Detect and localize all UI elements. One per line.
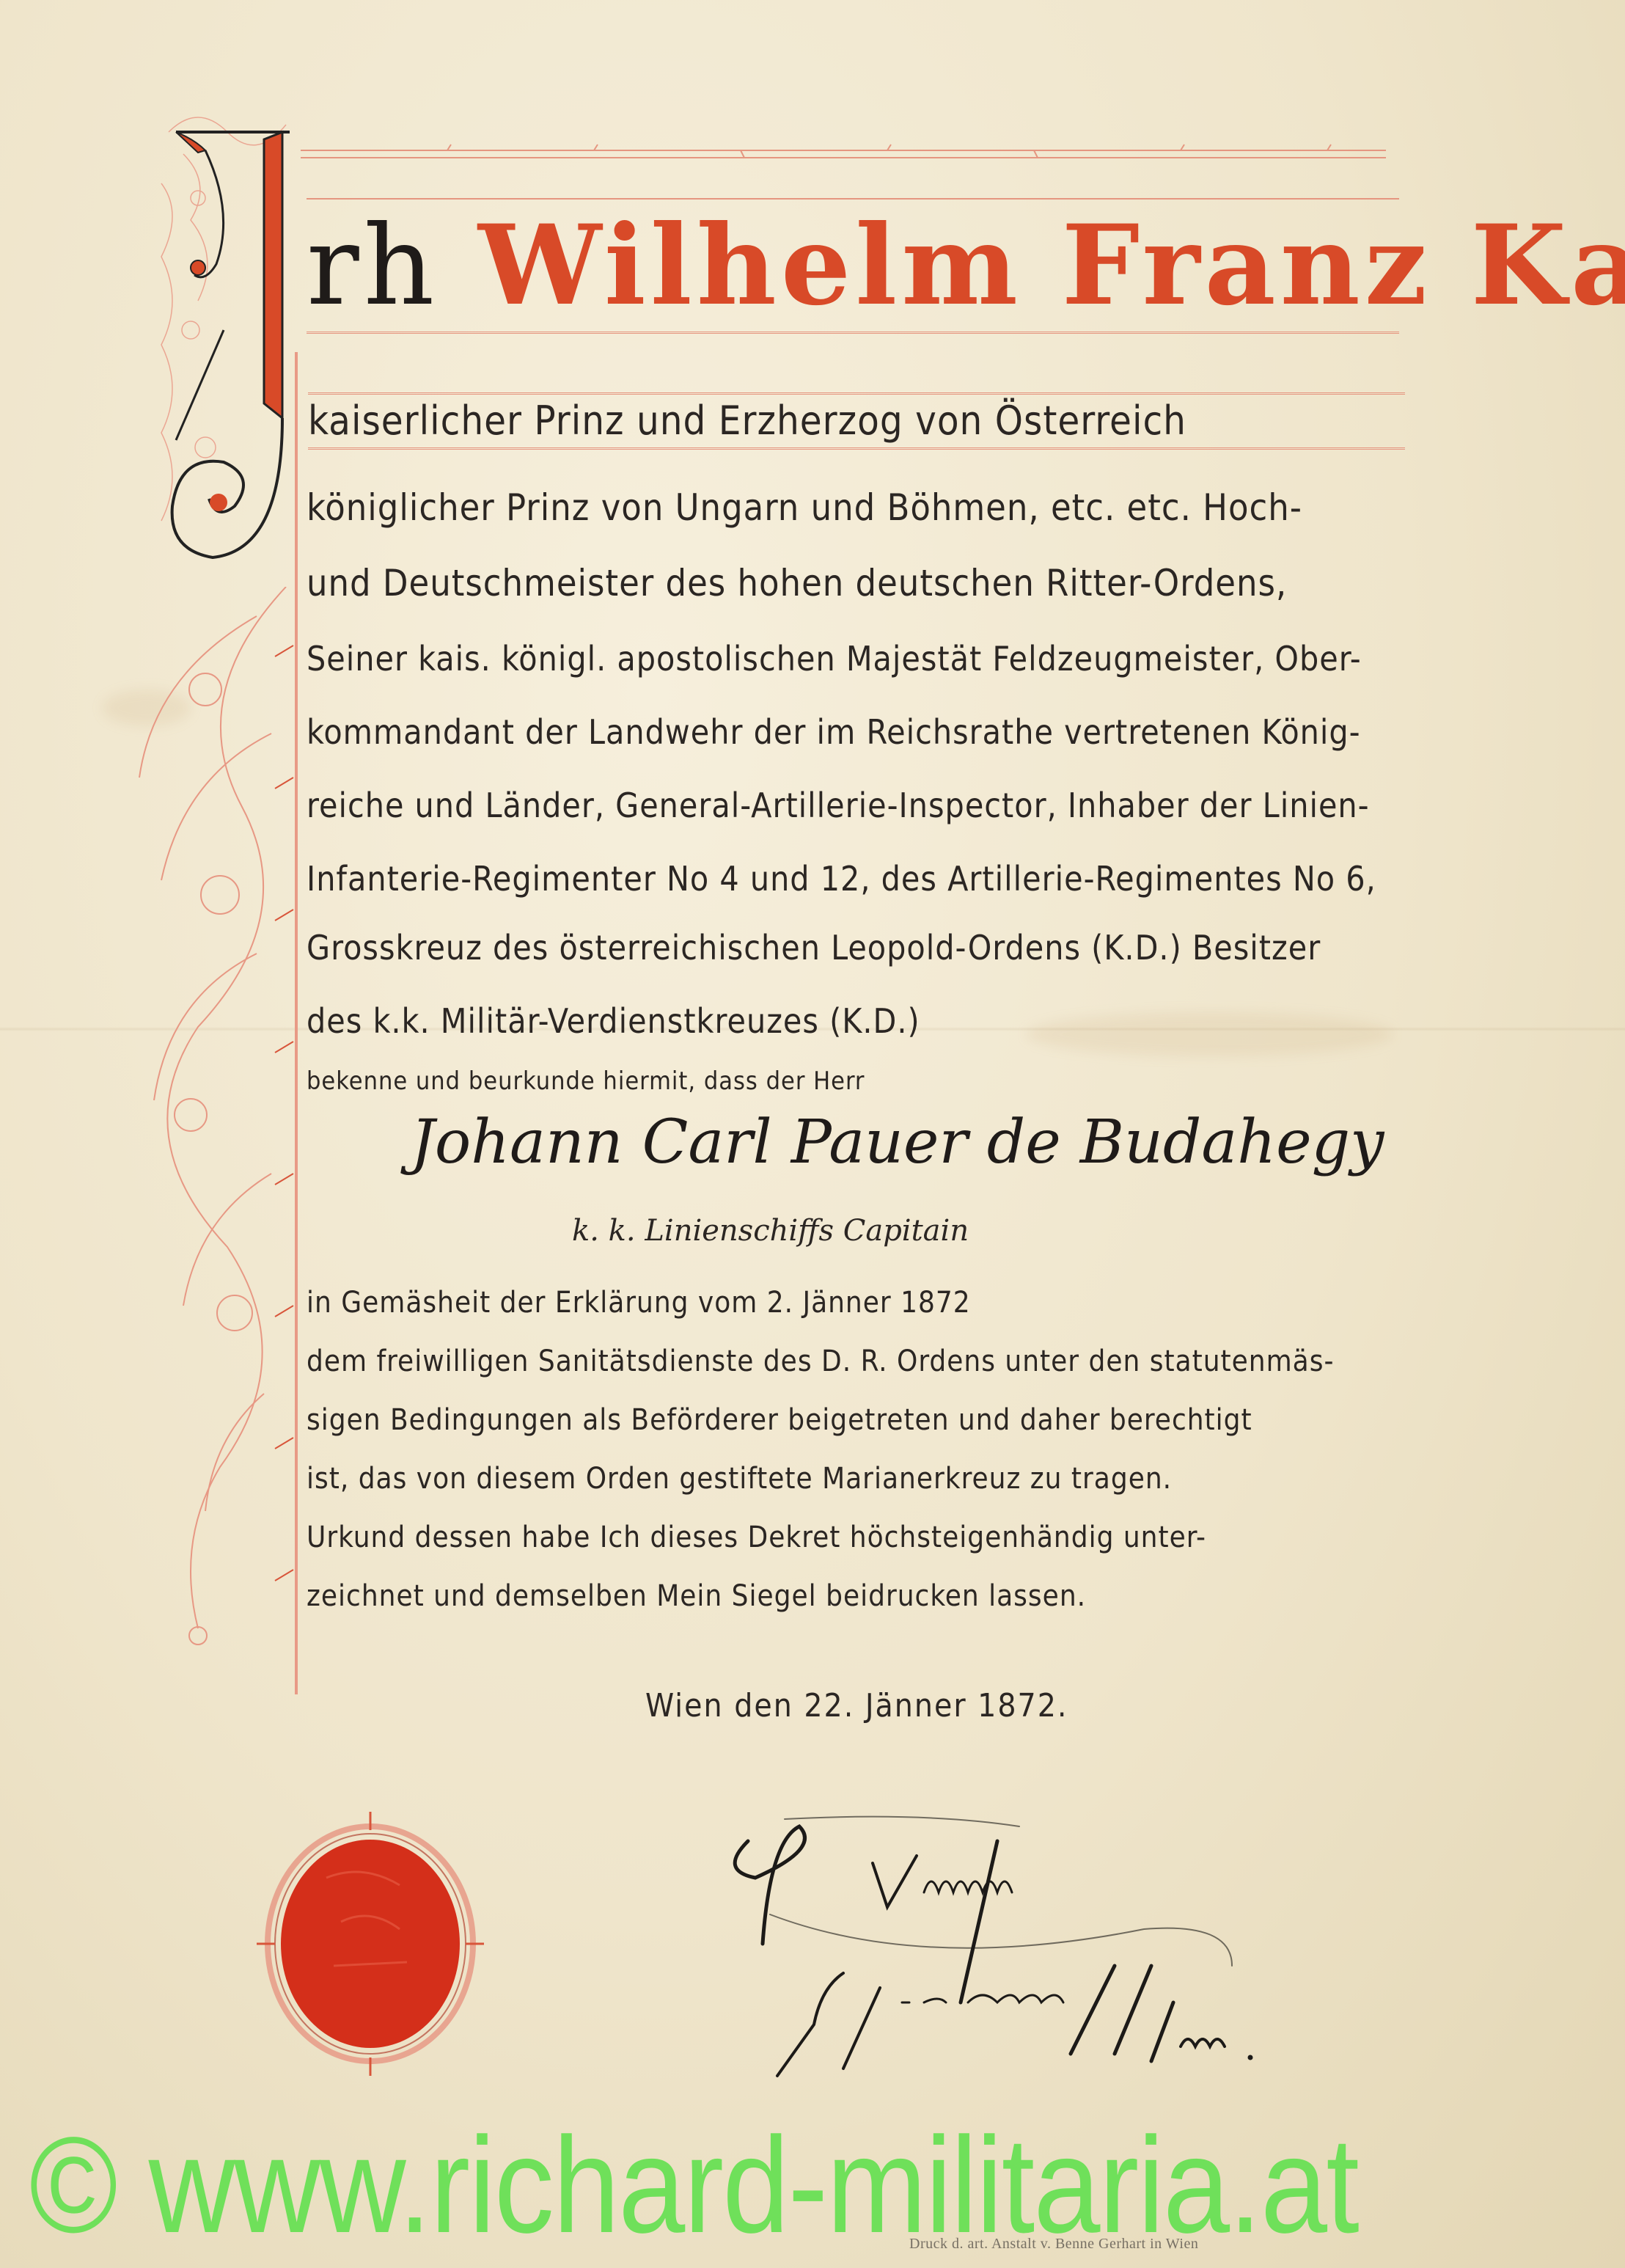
- title-line: Infanterie-Regimenter No 4 und 12, des A…: [307, 857, 1405, 901]
- left-flourish-ornament-icon: [110, 587, 301, 1687]
- recipient-rank: k. k. Linienschiffs Capitain: [572, 1214, 969, 1248]
- recipient-name: Johann Carl Pauer de Budahegy: [411, 1108, 1384, 1177]
- title-line: Grosskreuz des österreichischen Leopold-…: [307, 926, 1405, 970]
- title-line: und Deutschmeister des hohen deutschen R…: [307, 561, 1405, 605]
- diploma-page: rh Wilhelm Franz Karl kaiserlicher Prinz…: [0, 0, 1625, 2268]
- title-line: Seiner kais. königl. apostolischen Majes…: [307, 637, 1405, 681]
- title-line: kommandant der Landwehr der im Reichsrat…: [307, 710, 1405, 754]
- ornamental-initial-j-icon: [154, 110, 293, 579]
- title-line: kaiserlicher Prinz und Erzherzog von Öst…: [308, 392, 1405, 450]
- body-line: zeichnet und demselben Mein Siegel beidr…: [307, 1576, 1405, 1617]
- printer-imprint: Druck d. art. Anstalt v. Benne Gerhart i…: [909, 2236, 1198, 2253]
- copyright-watermark: © www.richard-militaria.at: [29, 2112, 1417, 2259]
- top-ornamental-rule: [301, 143, 1401, 172]
- title-line: bekenne und beurkunde hiermit, dass der …: [307, 1064, 1405, 1099]
- body-line: sigen Bedingungen als Beförderer beigetr…: [307, 1400, 1405, 1441]
- title-line: reiche und Länder, General-Artillerie-In…: [307, 783, 1405, 827]
- place-date: Wien den 22. Jänner 1872.: [645, 1687, 1068, 1724]
- issuer-title: rh Wilhelm Franz Karl: [307, 198, 1399, 334]
- wax-seal-icon: [253, 1804, 488, 2083]
- title-word: Wilhelm: [478, 201, 1022, 330]
- title-word: Franz: [1062, 201, 1431, 330]
- title-line: königlicher Prinz von Ungarn und Böhmen,…: [307, 486, 1405, 530]
- signature: [704, 1782, 1511, 2090]
- body-line: Urkund dessen habe Ich dieses Dekret höc…: [307, 1517, 1405, 1558]
- title-line: des k.k. Militär-Verdienstkreuzes (K.D.): [307, 999, 1405, 1043]
- title-word: Karl: [1471, 201, 1625, 330]
- body-line: dem freiwilligen Sanitätsdienste des D. …: [307, 1341, 1405, 1382]
- body-line: in Gemäsheit der Erklärung vom 2. Jänner…: [307, 1282, 1405, 1323]
- body-line: ist, das von diesem Orden gestiftete Mar…: [307, 1458, 1405, 1499]
